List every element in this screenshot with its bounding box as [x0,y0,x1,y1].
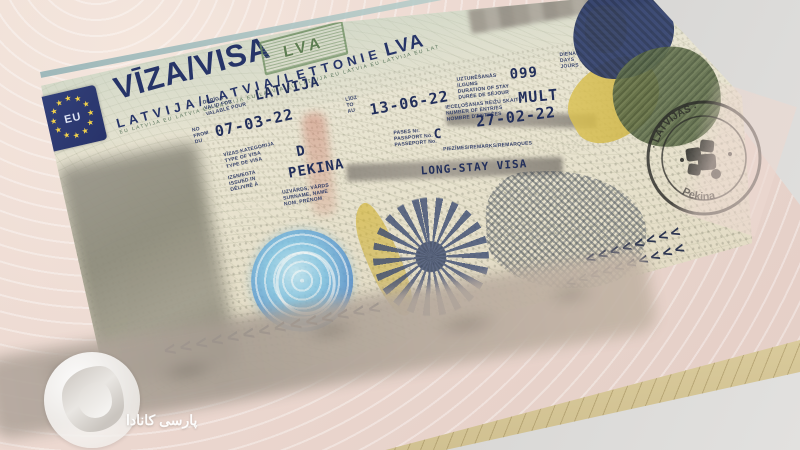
watermark-swirl-inner [78,382,112,418]
watermark-logo [44,352,140,448]
embassy-stamp: · LATVIJAS · Pekina [642,96,766,220]
site-watermark: پارسی کانادا [44,352,284,448]
duration-value: 099 [509,64,539,82]
watermark-text: پارسی کانادا [126,412,197,429]
passport-prefix: C [433,127,443,142]
photo-of-visa-in-passport: VĪZA/VISA LATVIJA/LATVIA/LETTONIELVA EU … [0,0,800,450]
